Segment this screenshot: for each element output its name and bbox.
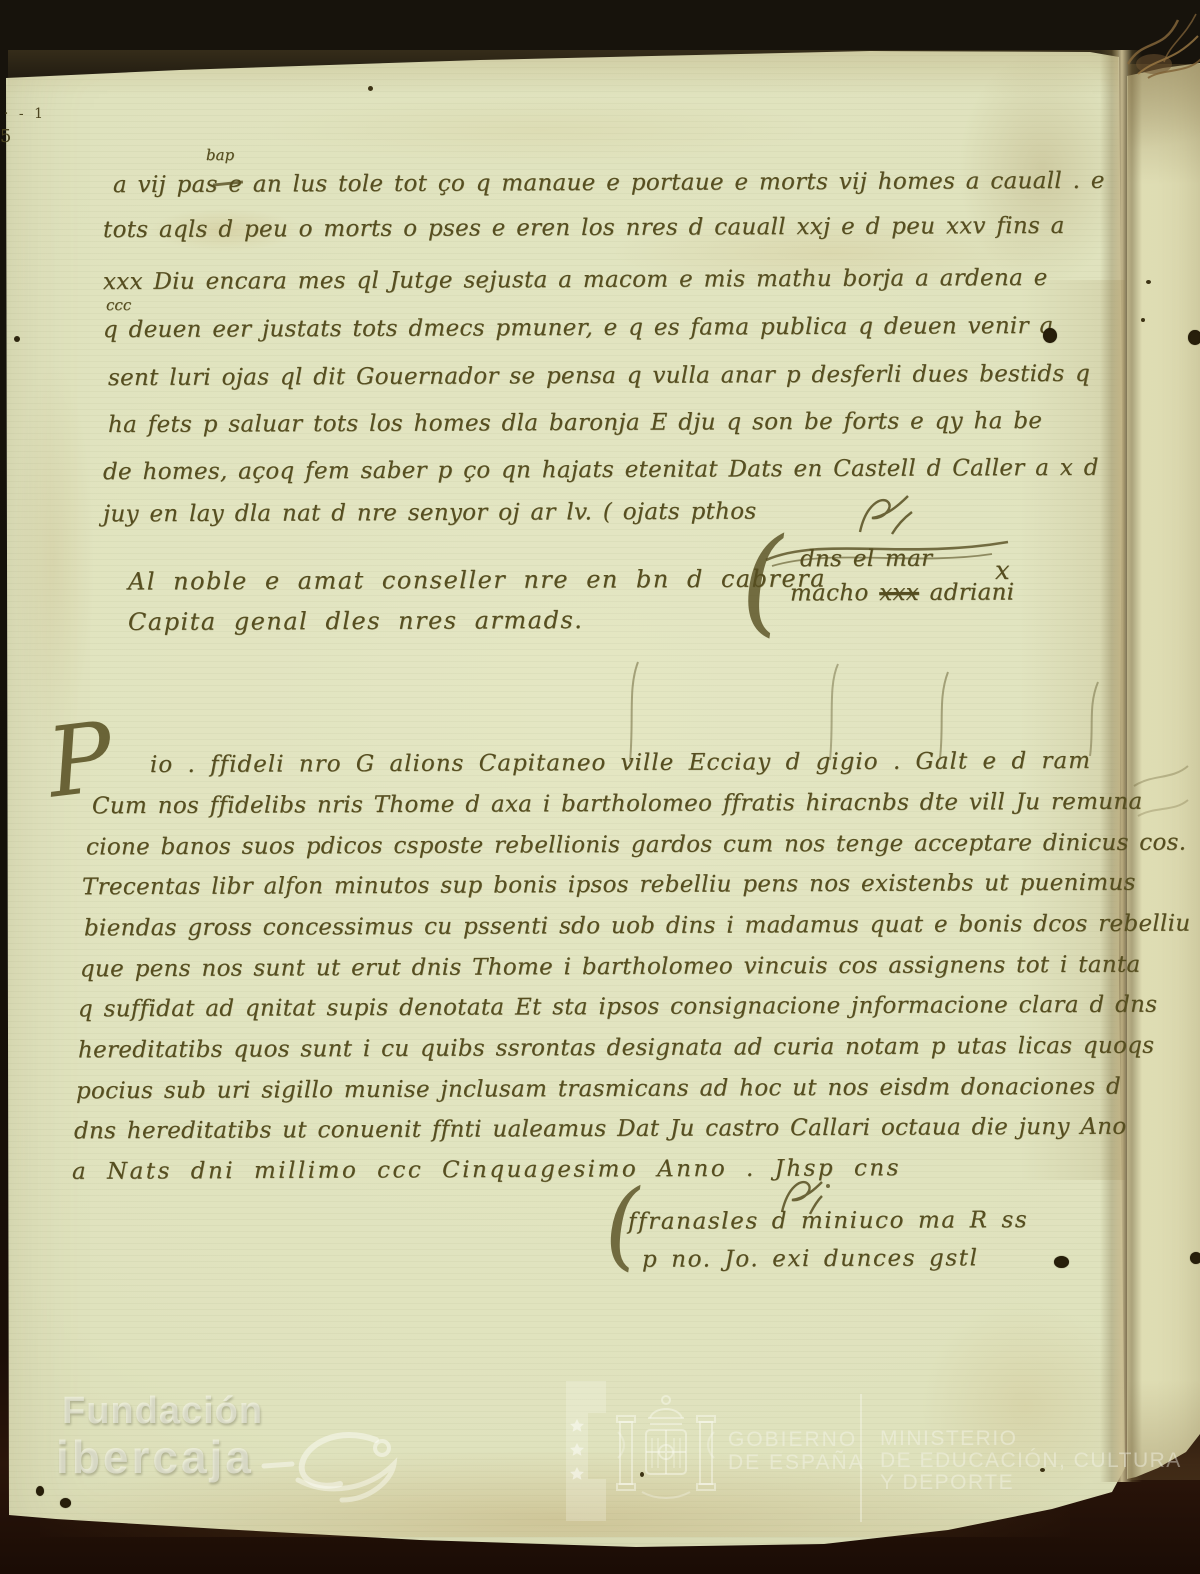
- manuscript-line: Cum nos ffidelibs nris Thome d axa i bar…: [92, 789, 1143, 820]
- signature-line: ffranasles d miniuco ma R ss: [628, 1207, 1028, 1235]
- watermark-ministerio-line: Y DEPORTE: [880, 1472, 1182, 1494]
- manuscript-line: cione banos suos pdicos csposte rebellio…: [86, 830, 1186, 861]
- manuscript-line: sent luri ojas ql dit Gouernador se pens…: [108, 361, 1090, 391]
- address-line: Al noble e amat conseller nre en bn d ca…: [128, 564, 826, 595]
- watermark-ministerio: MINISTERIO DE EDUCACIÓN, CULTURA Y DEPOR…: [880, 1428, 1182, 1494]
- folio-edge-mark: · - 1: [4, 106, 46, 122]
- wormhole: [1054, 1256, 1069, 1268]
- manuscript-line: xxx Diu encara mes ql Jutge sejusta a ma…: [103, 265, 1048, 295]
- paper-speck: [368, 86, 373, 91]
- manuscript-line: q suffidat ad qnitat supis denotata Et s…: [78, 992, 1157, 1023]
- manuscript-line: dns hereditatibs ut conuenit ffnti ualea…: [74, 1114, 1127, 1145]
- wormhole: [1188, 330, 1200, 345]
- signature-line: p no. Jo. exi dunces gstl: [642, 1245, 979, 1272]
- paper-speck: [1146, 280, 1151, 284]
- interline-note: bap: [206, 146, 234, 164]
- side-note-line: macho xxx adriani: [790, 580, 1015, 607]
- manuscript-line: juy en lay dla nat d nre senyor oj ar lv…: [103, 499, 757, 528]
- manuscript-photo: · - 1 5 bap a vij pas e an lus tole tot …: [0, 0, 1200, 1574]
- manuscript-line: tots aqls d peu o morts o pses e eren lo…: [103, 213, 1065, 243]
- gobierno-flag-bar: [566, 1381, 610, 1521]
- manuscript-line: q deuen eer justats tots dmecs pmuner, e…: [103, 313, 1054, 343]
- adjacent-page-marks: [1128, 756, 1192, 852]
- wormhole: [1043, 328, 1057, 343]
- side-note-line: dns el mar: [800, 546, 933, 573]
- watermark-gobierno-line: GOBIERNO: [728, 1428, 865, 1451]
- side-note-word: macho: [790, 580, 869, 606]
- manuscript-line: pocius sub uri sigillo munise jnclusam t…: [76, 1074, 1121, 1105]
- manuscript-line: biendas gross concessimus cu pssenti sdo…: [84, 911, 1191, 942]
- watermark-fundacion: Fundación: [62, 1390, 263, 1433]
- wormhole: [36, 1486, 44, 1496]
- wormhole: [1190, 1252, 1200, 1264]
- flourish-mark: x: [995, 556, 1010, 586]
- watermark-gobierno: GOBIERNO DE ESPAÑA: [728, 1428, 865, 1474]
- correction-note: ccc: [106, 296, 131, 314]
- ibercaja-logo-swoosh: [258, 1418, 408, 1513]
- watermark-ministerio-line: DE EDUCACIÓN, CULTURA: [880, 1450, 1182, 1472]
- manuscript-line: Trecentas libr alfon minutos sup bonis i…: [82, 870, 1136, 901]
- struck-word: xxx: [879, 580, 919, 606]
- manuscript-line: que pens nos sunt ut erut dnis Thome i b…: [80, 952, 1141, 983]
- wormhole: [60, 1498, 71, 1508]
- watermark-ministerio-line: MINISTERIO: [880, 1428, 1182, 1450]
- manuscript-line: de homes, açoq fem saber p ço qn hajats …: [103, 455, 1099, 485]
- watermark-gobierno-line: DE ESPAÑA: [728, 1451, 865, 1474]
- folio-edge-mark: 5: [0, 126, 14, 147]
- paper-speck: [14, 336, 20, 342]
- paper-speck: [1141, 318, 1145, 322]
- watermark-divider: [860, 1394, 862, 1522]
- paper-stain: [8, 50, 1118, 96]
- manuscript-line: ha fets p saluar tots los homes dla baro…: [108, 408, 1042, 438]
- manuscript-line: io . ffideli nro G alions Capitaneo vill…: [150, 748, 1091, 778]
- paper-stain: [260, 95, 820, 165]
- watermark-ibercaja: ibercaja: [56, 1430, 254, 1484]
- paper-stain: [14, 360, 94, 760]
- binding-thread: [1118, 2, 1200, 90]
- manuscript-line: hereditatibs quos sunt i cu quibs ssront…: [78, 1033, 1154, 1064]
- manuscript-line: a vij pas e an lus tole tot ço q manaue …: [113, 168, 1105, 198]
- address-line: Capita genal dles nres armads.: [128, 606, 583, 636]
- ascender-flourishes: [480, 658, 1120, 762]
- spain-coat-of-arms: [612, 1388, 720, 1516]
